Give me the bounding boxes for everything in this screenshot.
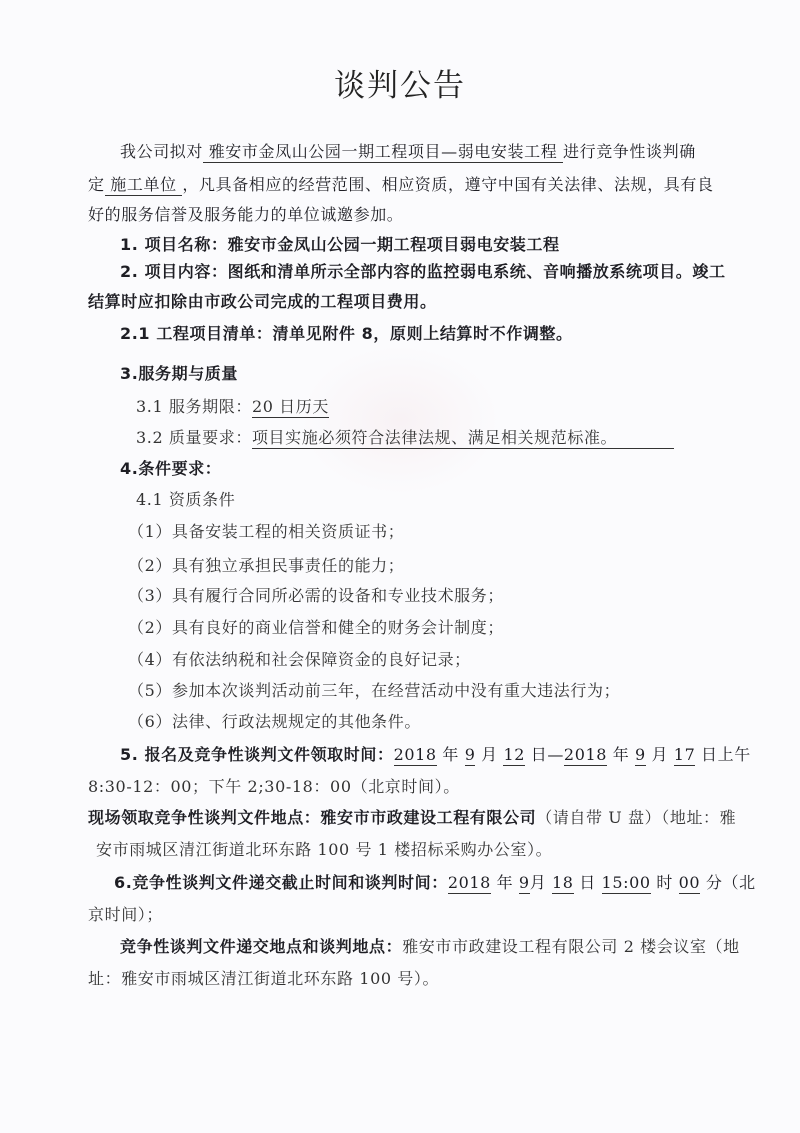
section-5-label: 5. 报名及竞争性谈判文件领取时间： (120, 745, 394, 764)
intro-line-2: 定 施工单位 ，凡具备相应的经营范围、相应资质，遵守中国有关法律、法规，具有良 (88, 175, 702, 195)
deadline-month: 9 (519, 873, 530, 894)
day-suffix: 日— (525, 745, 564, 764)
requirement-item-1: （1）具备安装工程的相关资质证书； (88, 522, 742, 542)
section-2-line-1: 2. 项目内容：图纸和清单所示全部内容的监控弱电系统、音响播放系统项目。竣工 (88, 262, 734, 282)
section-5-line-2: 8:30-12：00；下午 2;30-18：00（北京时间）。 (88, 777, 702, 797)
project-name-underlined: 雅安市金凤山公园一期工程项目—弱电安装工程 (203, 142, 563, 163)
day-suffix: 日 (574, 873, 602, 892)
section-2-1-value: 清单见附件 8，原则上结算时不作调整。 (273, 324, 573, 343)
scanned-page: 谈判公告 我公司拟对 雅安市金凤山公园一期工程项目—弱电安装工程 进行竞争性谈判… (0, 0, 800, 1133)
submission-label: 竞争性谈判文件递交地点和谈判地点： (120, 937, 402, 956)
requirement-item-4: （2）具有良好的商业信誉和健全的财务会计制度； (88, 618, 742, 638)
intro-line-3: 好的服务信誉及服务能力的单位诚邀参加。 (88, 205, 702, 225)
deadline-day: 18 (552, 873, 574, 894)
deadline-year: 2018 (448, 873, 491, 894)
deadline-minute: 00 (679, 873, 701, 894)
quality-value: 项目实施必须符合法律法规、满足相关规范标准。 (252, 428, 674, 449)
section-4-1-subheading: 4.1 资质条件 (88, 490, 750, 510)
submission-location-line-2: 址：雅安市雨城区清江街道北环东路 100 号）。 (88, 969, 702, 989)
end-month: 9 (635, 745, 646, 766)
submission-value-1: 雅安市市政建设工程有限公司 2 楼会议室（地 (402, 937, 740, 956)
intro-line2-prefix: 定 (88, 175, 105, 194)
requirement-item-7: （6）法律、行政法规规定的其他条件。 (88, 712, 742, 732)
month-suffix: 月 (475, 745, 503, 764)
intro-prefix: 我公司拟对 (88, 142, 203, 161)
section-1-project-name: 1. 项目名称：雅安市金凤山公园一期工程项目弱电安装工程 (88, 235, 734, 255)
service-period-label: 3.1 服务期限： (136, 397, 252, 416)
end-year: 2018 (564, 745, 607, 766)
minute-suffix: 分（北 (700, 873, 756, 892)
section-6-line-1: 6.竞争性谈判文件递交截止时间和谈判时间：2018 年 9月 18 日 15:0… (88, 873, 728, 893)
year-suffix: 年 (491, 873, 519, 892)
intro-mid: 进行竞争性谈判确 (563, 142, 696, 161)
deadline-time: 15:00 (602, 873, 651, 894)
intro-line-1: 我公司拟对 雅安市金凤山公园一期工程项目—弱电安装工程 进行竞争性谈判确 (88, 142, 702, 162)
unit-underlined: 施工单位 (105, 175, 183, 196)
start-year: 2018 (394, 745, 437, 766)
section-3-heading: 3.服务期与质量 (88, 364, 734, 384)
end-day: 17 (674, 745, 696, 766)
month-suffix: 月 (530, 873, 552, 892)
section-2-line-2: 结算时应扣除由市政公司完成的工程项目费用。 (88, 292, 702, 312)
start-day: 12 (503, 745, 525, 766)
section-3-2: 3.2 质量要求：项目实施必须符合法律法规、满足相关规范标准。 (88, 428, 750, 448)
month-suffix: 月 (646, 745, 674, 764)
section-6-line-2: 京时间）； (88, 905, 702, 925)
start-month: 9 (465, 745, 476, 766)
section-2-1-label: 2.1 工程项目清单： (120, 324, 273, 343)
submission-location-line-1: 竞争性谈判文件递交地点和谈判地点：雅安市市政建设工程有限公司 2 楼会议室（地 (88, 937, 734, 957)
day-suffix: 日上午 (695, 745, 751, 764)
section-4-heading: 4.条件要求： (88, 459, 734, 479)
requirement-item-5: （4）有依法纳税和社会保障资金的良好记录； (88, 650, 742, 670)
hour-suffix: 时 (651, 873, 679, 892)
pickup-location-line-2: 安市雨城区清江街道北环东路 100 号 1 楼招标采购办公室）。 (88, 840, 710, 860)
section-1-label: 1. 项目名称： (120, 235, 228, 254)
section-2-1-list: 2.1 工程项目清单：清单见附件 8，原则上结算时不作调整。 (88, 324, 734, 344)
requirement-item-2: （2）具有独立承担民事责任的能力； (88, 556, 742, 576)
year-suffix: 年 (607, 745, 635, 764)
pickup-location-line-1: 现场领取竞争性谈判文件地点：雅安市市政建设工程有限公司（请自带 U 盘）（地址：… (88, 808, 702, 828)
pickup-label: 现场领取竞争性谈判文件地点：雅安市市政建设工程有限公司 (88, 808, 536, 827)
section-2-label: 2. 项目内容： (120, 262, 228, 281)
section-5-line-1: 5. 报名及竞争性谈判文件领取时间：2018 年 9 月 12 日—2018 年… (88, 745, 734, 765)
document-title: 谈判公告 (0, 60, 800, 105)
section-3-1: 3.1 服务期限：20 日历天 (88, 397, 750, 417)
pickup-value-1: （请自带 U 盘）（地址：雅 (536, 808, 736, 827)
section-2-value-1: 图纸和清单所示全部内容的监控弱电系统、音响播放系统项目。竣工 (228, 262, 726, 281)
requirement-item-3: （3）具有履行合同所必需的设备和专业技术服务； (88, 586, 742, 606)
service-period-value: 20 日历天 (252, 397, 329, 418)
quality-label: 3.2 质量要求： (136, 428, 252, 447)
year-suffix: 年 (437, 745, 465, 764)
section-6-label: 6.竞争性谈判文件递交截止时间和谈判时间： (114, 873, 448, 892)
section-1-value: 雅安市金凤山公园一期工程项目弱电安装工程 (228, 235, 560, 254)
intro-line2-rest: ，凡具备相应的经营范围、相应资质，遵守中国有关法律、法规，具有良 (182, 175, 713, 194)
requirement-item-6: （5）参加本次谈判活动前三年，在经营活动中没有重大违法行为； (88, 681, 742, 701)
